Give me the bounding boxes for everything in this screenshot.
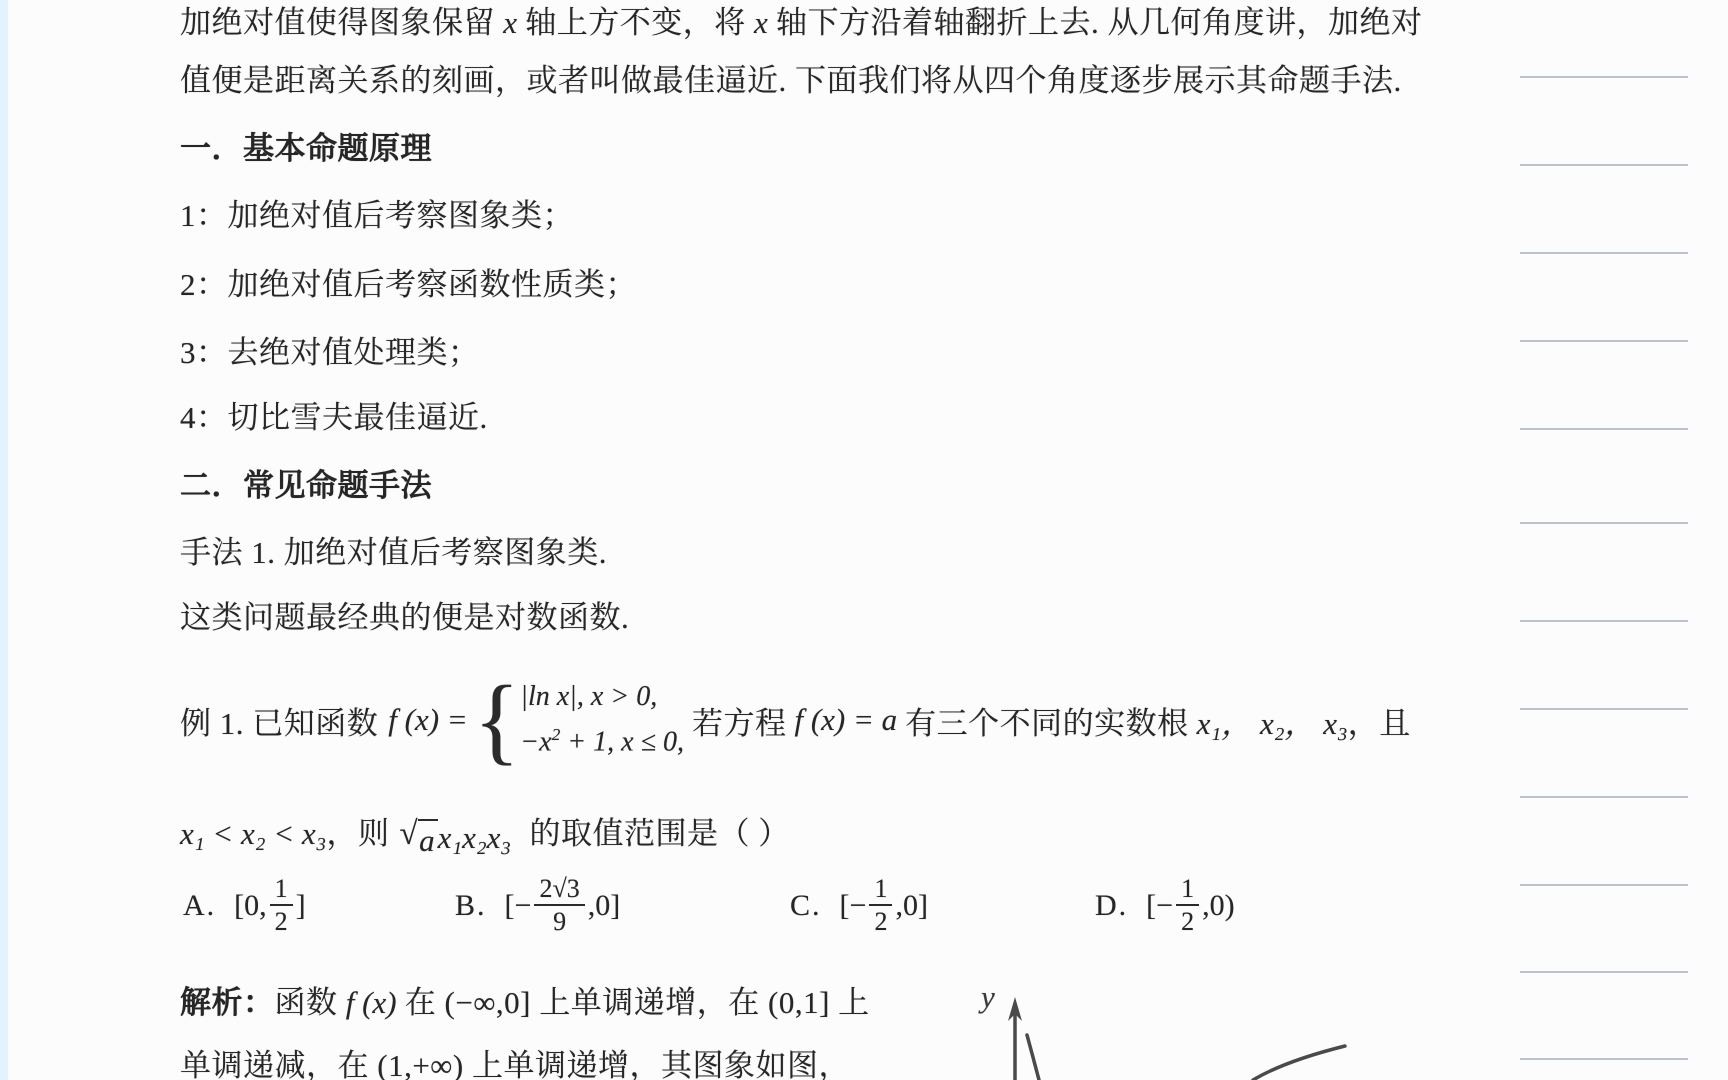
fraction-numerator: 1 — [270, 875, 293, 906]
ruled-line — [1520, 164, 1688, 166]
example-mid: 若方程 — [692, 698, 787, 743]
math-fx: f (x) — [346, 985, 397, 1020]
curve-descending-branch — [1027, 1035, 1039, 1080]
example-lead: 例 1. 已知函数 — [180, 698, 378, 743]
option-d-label: D. — [1095, 889, 1128, 923]
ruled-line — [1520, 620, 1688, 622]
example-tail: ，且 — [1348, 698, 1411, 743]
intro-text: 轴下方沿着轴翻折上去. 从几何角度讲，加绝对 — [768, 5, 1423, 40]
option-a-open: [0, — [234, 889, 267, 923]
example-mid-2: 有三个不同的实数根 — [905, 698, 1189, 743]
ruled-line — [1520, 252, 1688, 254]
option-d: D. [−12,0) — [1095, 875, 1235, 936]
option-d-open: [− — [1146, 889, 1173, 923]
option-d-fraction: 12 — [1176, 875, 1199, 936]
section-two-heading: 二．常见命题手法 — [180, 467, 432, 505]
math-roots: x₁， x₂， x₃ — [1197, 698, 1348, 743]
principle-item-4: 4：切比雪夫最佳逼近. — [180, 399, 488, 437]
fraction-numerator: 2√3 — [534, 875, 584, 906]
ruled-line — [1520, 1058, 1688, 1060]
radical-expression: √ax₁x₂x₃ — [399, 819, 511, 860]
piecewise-cases: |ln x|, x > 0, −x2 + 1, x ≤ 0, — [520, 682, 684, 757]
section-one-heading: 一．基本命题原理 — [180, 130, 432, 168]
method-title: 手法 1. 加绝对值后考察图象类. — [180, 534, 607, 572]
ruled-line — [1520, 522, 1688, 524]
ruled-line — [1520, 76, 1688, 78]
option-a-label: A. — [183, 889, 216, 923]
math-product: x₁x₂x₃ — [438, 819, 512, 857]
math-inequality: x₁ < x₂ < x₃ — [180, 816, 326, 851]
math-var-x: x — [754, 5, 768, 40]
case-bottom-pre: −x — [520, 727, 551, 758]
option-b: B. [−2√39,0] — [455, 875, 620, 936]
option-b-fraction: 2√39 — [534, 875, 584, 936]
option-c-label: C. — [790, 889, 822, 923]
fraction-denominator: 2 — [1181, 906, 1194, 936]
curve-ascending-branch — [1253, 1046, 1345, 1080]
range-then: ，则 — [326, 816, 389, 851]
ruled-line — [1520, 971, 1688, 973]
option-a-close: ] — [296, 889, 306, 923]
function-graph: y — [955, 975, 1385, 1080]
example-1-line: 例 1. 已知函数 f (x) = { |ln x|, x > 0, −x2 +… — [180, 672, 1411, 768]
principle-item-1: 1：加绝对值后考察图象类； — [180, 197, 574, 235]
option-c-fraction: 12 — [869, 875, 892, 936]
piecewise-brace: { — [474, 676, 521, 764]
option-d-value: [−12,0) — [1146, 875, 1234, 936]
range-question-line: x₁ < x₂ < x₃，则√ax₁x₂x₃ 的取值范围是（ ） — [180, 815, 790, 860]
fraction-denominator: 9 — [553, 906, 566, 936]
option-b-close: ,0] — [588, 889, 621, 923]
option-a-fraction: 12 — [270, 875, 293, 936]
option-d-close: ,0) — [1202, 889, 1235, 923]
solution-line-2: 单调递减，在 (1,+∞) 上单调递增，其图象如图， — [180, 1047, 850, 1080]
solution-line-1: 解析：函数 f (x) 在 (−∞,0] 上单调递增，在 (0,1] 上 — [180, 984, 870, 1022]
intro-line-1: 加绝对值使得图象保留 x 轴上方不变，将 x 轴下方沿着轴翻折上去. 从几何角度… — [180, 4, 1423, 42]
option-b-label: B. — [455, 889, 487, 923]
fraction-numerator: 1 — [869, 875, 892, 906]
solution-label: 解析： — [180, 985, 275, 1020]
document-page: 加绝对值使得图象保留 x 轴上方不变，将 x 轴下方沿着轴翻折上去. 从几何角度… — [0, 0, 1728, 1080]
ruled-line — [1520, 796, 1688, 798]
sqrt-sign: √ — [399, 819, 418, 849]
case-bottom-post: + 1, x ≤ 0, — [560, 727, 684, 758]
ruled-line — [1520, 428, 1688, 430]
math-fx-eq-a: f (x) = a — [794, 702, 897, 738]
math-var-x: x — [503, 5, 517, 40]
document-content: 加绝对值使得图象保留 x 轴上方不变，将 x 轴下方沿着轴翻折上去. 从几何角度… — [0, 0, 1728, 1080]
principle-item-3: 3：去绝对值处理类； — [180, 334, 480, 372]
math-fx-equals: f (x) = — [388, 702, 467, 738]
ruled-line — [1520, 884, 1688, 886]
option-c-close: ,0] — [895, 889, 928, 923]
radicand: a — [418, 819, 438, 860]
y-axis-label: y — [978, 979, 995, 1014]
option-b-value: [−2√39,0] — [505, 875, 621, 936]
piecewise-case-top: |ln x|, x > 0, — [520, 682, 684, 712]
option-c: C. [−12,0] — [790, 875, 928, 936]
intro-text: 加绝对值使得图象保留 — [180, 5, 503, 40]
option-c-open: [− — [840, 889, 867, 923]
piecewise-function: { |ln x|, x > 0, −x2 + 1, x ≤ 0, — [474, 677, 684, 763]
intro-text: 轴上方不变，将 — [517, 5, 754, 40]
ruled-line — [1520, 708, 1688, 710]
piecewise-case-bottom: −x2 + 1, x ≤ 0, — [520, 720, 684, 757]
method-note: 这类问题最经典的便是对数函数. — [180, 599, 629, 637]
option-a: A. [0,12] — [183, 875, 306, 936]
range-question-text: 的取值范围是（ ） — [529, 816, 789, 851]
option-b-open: [− — [505, 889, 532, 923]
solution-text: 函数 — [275, 985, 346, 1020]
case-bottom-exponent: 2 — [552, 725, 561, 744]
fraction-denominator: 2 — [275, 906, 288, 936]
option-a-value: [0,12] — [234, 875, 306, 936]
solution-text: 在 (−∞,0] 上单调递增，在 (0,1] 上 — [397, 985, 870, 1020]
option-c-value: [−12,0] — [840, 875, 928, 936]
intro-line-2: 值便是距离关系的刻画，或者叫做最佳逼近. 下面我们将从四个角度逐步展示其命题手法… — [180, 62, 1402, 100]
principle-item-2: 2：加绝对值后考察函数性质类； — [180, 266, 637, 304]
fraction-denominator: 2 — [874, 906, 887, 936]
ruled-line — [1520, 340, 1688, 342]
fraction-numerator: 1 — [1176, 875, 1199, 906]
